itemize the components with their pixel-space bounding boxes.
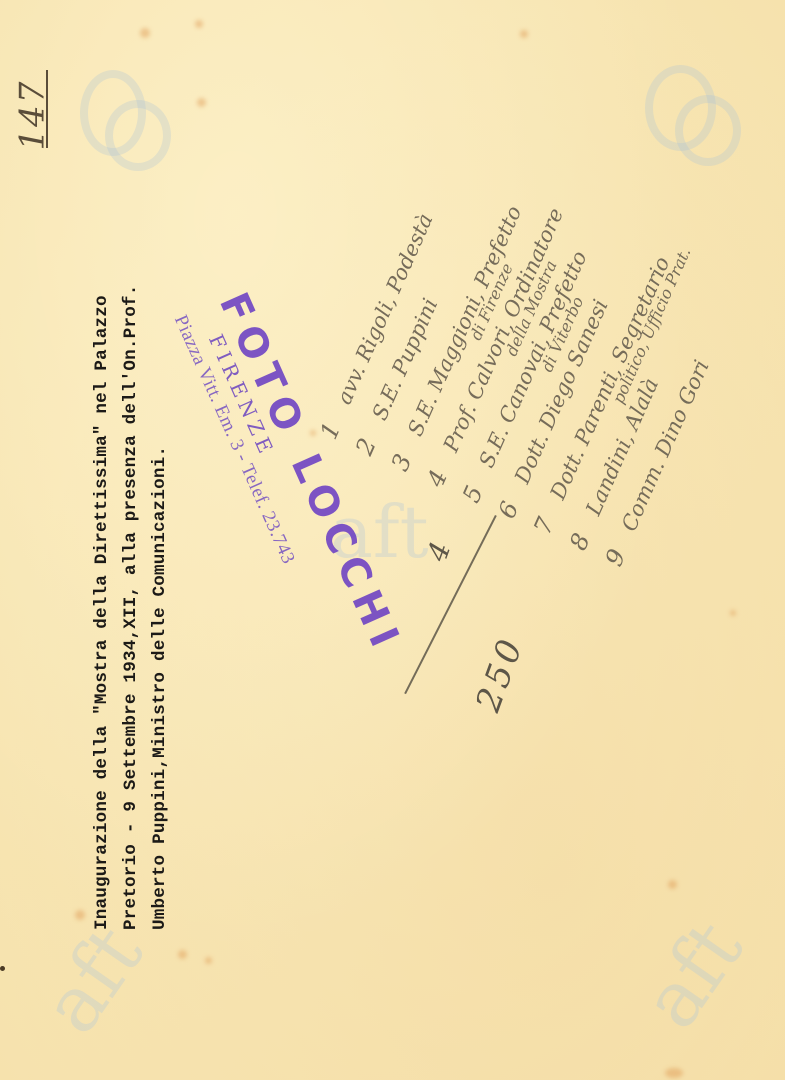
inventory-number-underline <box>46 70 48 148</box>
watermark-knot-top-right <box>645 65 716 151</box>
foxing-stain <box>520 30 528 38</box>
foxing-stain <box>195 20 203 28</box>
handwritten-notes: 1 avv. Rigoli, Podestà 2 S.E. Puppini 3 … <box>310 139 760 573</box>
foxing-stain <box>665 1068 683 1078</box>
foxing-stain <box>75 910 85 920</box>
watermark-knot-top-right <box>675 95 741 166</box>
foxing-stain <box>205 957 212 964</box>
ink-speck <box>0 966 5 971</box>
foxing-stain <box>668 880 677 889</box>
watermark-bottom-right: aft <box>626 905 761 1044</box>
foxing-stain <box>197 98 206 107</box>
foxing-stain <box>178 950 187 959</box>
foxing-stain <box>730 610 736 616</box>
inventory-number: 147 <box>2 70 62 160</box>
pencil-mark-number: 4 <box>420 537 457 565</box>
pencil-mark-price: 250 <box>468 631 532 717</box>
watermark-bottom-left: aft <box>26 910 161 1049</box>
